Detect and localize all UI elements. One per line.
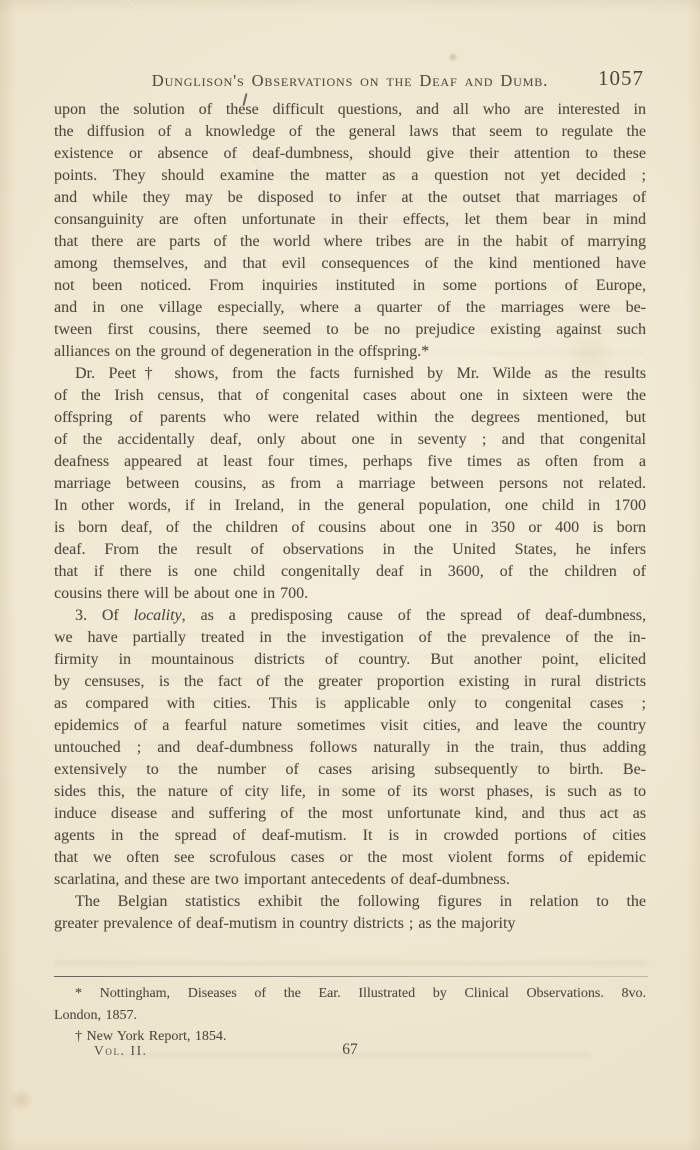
text-line: sides this, the nature of city life, in … xyxy=(54,781,646,803)
text-line: as compared with cities. This is applica… xyxy=(54,693,646,715)
text-line: untouched ; and deaf-dumbness follows na… xyxy=(54,737,646,759)
scanned-book-page: Dunglison's Observations on the Deaf and… xyxy=(0,0,700,1150)
page-footer: Vol. II. 67 xyxy=(54,1041,646,1063)
footnote: * Nottingham, Diseases of the Ear. Illus… xyxy=(54,983,646,1026)
text-line: agents in the spread of deaf-mutism. It … xyxy=(54,825,646,847)
text-line: marriage between cousins, as from a marr… xyxy=(54,473,646,495)
footnote-divider xyxy=(54,976,648,977)
text-line: points. They should examine the matter a… xyxy=(54,165,646,187)
bleedthrough-texture xyxy=(54,948,648,974)
paragraph: The Belgian statistics exhibit the follo… xyxy=(54,891,646,935)
text-line: that we often see scrofulous cases or th… xyxy=(54,847,646,869)
text-line: that if there is one child congenitally … xyxy=(54,561,646,583)
text-line: * Nottingham, Diseases of the Ear. Illus… xyxy=(54,983,646,1005)
text-line: is born deaf, of the children of cousins… xyxy=(54,517,646,539)
text-line: 3. Of locality, as a predisposing cause … xyxy=(54,605,646,627)
paper-stain xyxy=(448,52,458,62)
text-line: scarlatina, and these are two important … xyxy=(54,869,646,891)
text-line: existence or absence of deaf-dumbness, s… xyxy=(54,143,646,165)
text-segment: , as a predisposing cause of the spread … xyxy=(182,607,646,624)
text-segment: 3. Of xyxy=(75,607,134,624)
text-line: not been noticed. From inquiries institu… xyxy=(54,275,646,297)
text-line: among themselves, and that evil conseque… xyxy=(54,253,646,275)
running-header: Dunglison's Observations on the Deaf and… xyxy=(54,71,646,97)
text-line: deaf. From the result of observations in… xyxy=(54,539,646,561)
running-header-title: Dunglison's Observations on the Deaf and… xyxy=(54,71,646,91)
body-text: upon the solution of these difficult que… xyxy=(54,99,646,935)
text-line: of the accidentally deaf, only about one… xyxy=(54,429,646,451)
text-line: extensively to the number of cases arisi… xyxy=(54,759,646,781)
text-line: firmity in mountainous districts of coun… xyxy=(54,649,646,671)
text-line: and in one village especially, where a q… xyxy=(54,297,646,319)
text-line: London, 1857. xyxy=(54,1005,646,1027)
text-line: and while they may be disposed to infer … xyxy=(54,187,646,209)
text-line: the diffusion of a knowledge of the gene… xyxy=(54,121,646,143)
text-line: alliances on the ground of degeneration … xyxy=(54,341,646,363)
text-line: induce disease and suffering of the most… xyxy=(54,803,646,825)
text-line: offspring of parents who were related wi… xyxy=(54,407,646,429)
text-line: tween first cousins, there seemed to be … xyxy=(54,319,646,341)
text-line: we have partially treated in the investi… xyxy=(54,627,646,649)
text-line: cousins there will be about one in 700. xyxy=(54,583,646,605)
text-line: greater prevalence of deaf-mutism in cou… xyxy=(54,913,646,935)
text-line: that there are parts of the world where … xyxy=(54,231,646,253)
paper-stain xyxy=(8,1088,34,1112)
text-line: In other words, if in Ireland, in the ge… xyxy=(54,495,646,517)
text-line: The Belgian statistics exhibit the follo… xyxy=(54,891,646,913)
text-line: upon the solution of these difficult que… xyxy=(54,99,646,121)
text-line: consanguinity are often unfortunate in t… xyxy=(54,209,646,231)
text-line: epidemics of a fearful nature sometimes … xyxy=(54,715,646,737)
text-line: by censuses, is the fact of the greater … xyxy=(54,671,646,693)
italic-text: locality xyxy=(134,607,182,624)
text-line: of the Irish census, that of congenital … xyxy=(54,385,646,407)
footnotes: * Nottingham, Diseases of the Ear. Illus… xyxy=(54,983,646,1048)
paragraph: Dr. Peet† shows, from the facts furnishe… xyxy=(54,363,646,605)
text-line: deafness appeared at least four times, p… xyxy=(54,451,646,473)
paragraph: upon the solution of these difficult que… xyxy=(54,99,646,363)
page-number: 1057 xyxy=(598,66,644,91)
text-line: Dr. Peet† shows, from the facts furnishe… xyxy=(54,363,646,385)
paragraph: 3. Of locality, as a predisposing cause … xyxy=(54,605,646,891)
signature-mark: 67 xyxy=(54,1041,646,1059)
